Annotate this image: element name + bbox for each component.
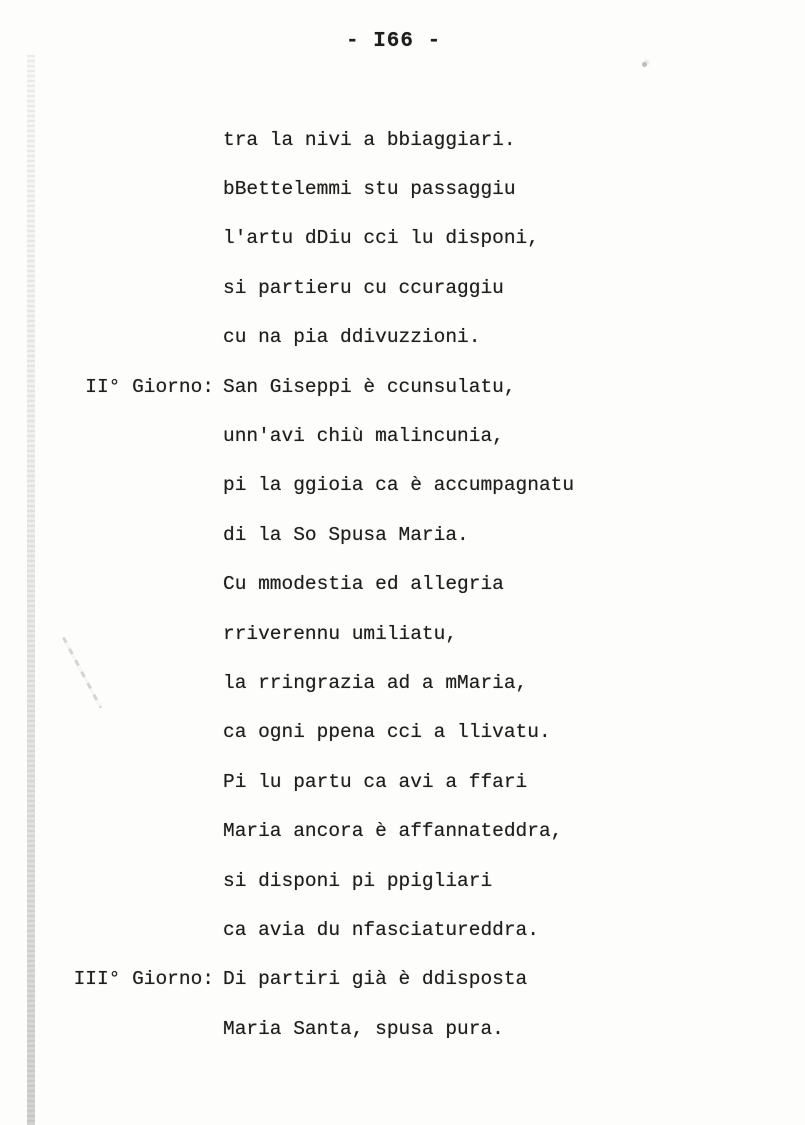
poem-line: Maria ancora è affannateddra, xyxy=(0,806,805,855)
verse-line-text: bBettelemmi stu passaggiu xyxy=(223,178,516,200)
page-number: - I66 - xyxy=(346,30,441,53)
scanned-document-page: - I66 - tra la nivi a bbiaggiari. bBette… xyxy=(0,0,805,1125)
poem-line: rriverennu umiliatu, xyxy=(0,609,805,658)
verse-line-text: pi la ggioia ca è accumpagnatu xyxy=(223,474,574,496)
poem-line: si partieru cu ccuraggiu xyxy=(0,263,805,312)
poem-line: pi la ggioia ca è accumpagnatu xyxy=(0,461,805,510)
verse-line-text: rriverennu umiliatu, xyxy=(223,623,457,645)
poem-line: si disponi pi ppigliari xyxy=(0,856,805,905)
verse-line-text: Di partiri già è ddisposta xyxy=(223,968,527,990)
verse-line-text: di la So Spusa Maria. xyxy=(223,524,469,546)
poem-line: l'artu dDiu cci lu disponi, xyxy=(0,214,805,263)
verse-line-text: cu na pia ddivuzzioni. xyxy=(223,326,480,348)
poem-line: III° Giorno: Di partiri già è ddisposta xyxy=(0,955,805,1004)
poem-line: Cu mmodestia ed allegria xyxy=(0,560,805,609)
day-label: II° Giorno: xyxy=(0,376,214,398)
verse-line-text: la rringrazia ad a mMaria, xyxy=(223,672,527,694)
ink-speck xyxy=(642,62,647,67)
verse-line-text: Maria ancora è affannateddra, xyxy=(223,820,562,842)
verse-line-text: Maria Santa, spusa pura. xyxy=(223,1018,504,1040)
verse-line-text: si disponi pi ppigliari xyxy=(223,870,492,892)
poem-line: II° Giorno: San Giseppi è ccunsulatu, xyxy=(0,362,805,411)
poem-body: tra la nivi a bbiaggiari. bBettelemmi st… xyxy=(0,115,805,1053)
verse-line-text: unn'avi chiù malincunia, xyxy=(223,425,504,447)
poem-line: Maria Santa, spusa pura. xyxy=(0,1004,805,1053)
day-label: III° Giorno: xyxy=(0,968,214,990)
verse-line-text: Pi lu partu ca avi a ffari xyxy=(223,771,527,793)
verse-line-text: si partieru cu ccuraggiu xyxy=(223,277,504,299)
poem-line: ca avia du nfasciatureddra. xyxy=(0,905,805,954)
poem-line: bBettelemmi stu passaggiu xyxy=(0,164,805,213)
poem-line: la rringrazia ad a mMaria, xyxy=(0,658,805,707)
poem-line: Pi lu partu ca avi a ffari xyxy=(0,757,805,806)
verse-line-text: ca ogni ppena cci a llivatu. xyxy=(223,721,551,743)
verse-line-text: ca avia du nfasciatureddra. xyxy=(223,919,539,941)
poem-line: ca ogni ppena cci a llivatu. xyxy=(0,708,805,757)
verse-line-text: tra la nivi a bbiaggiari. xyxy=(223,129,516,151)
verse-line-text: Cu mmodestia ed allegria xyxy=(223,573,504,595)
verse-line-text: San Giseppi è ccunsulatu, xyxy=(223,376,516,398)
poem-line: di la So Spusa Maria. xyxy=(0,510,805,559)
poem-line: tra la nivi a bbiaggiari. xyxy=(0,115,805,164)
verse-line-text: l'artu dDiu cci lu disponi, xyxy=(223,227,539,249)
poem-line: cu na pia ddivuzzioni. xyxy=(0,313,805,362)
poem-line: unn'avi chiù malincunia, xyxy=(0,411,805,460)
